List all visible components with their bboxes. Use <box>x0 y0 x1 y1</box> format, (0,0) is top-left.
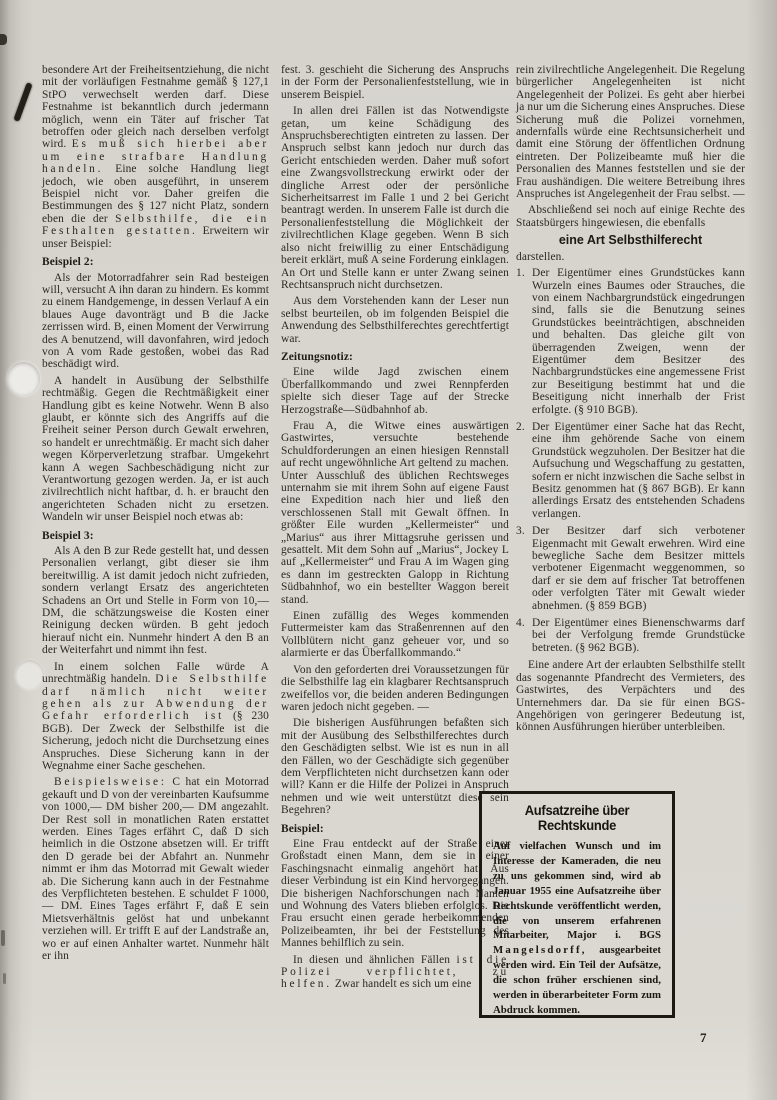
body-text: A handelt in Ausübung der Selbsthilfe re… <box>42 375 269 523</box>
paragraph: besondere Art der Freiheitsentziehung, d… <box>42 64 269 250</box>
paragraph: In allen drei Fällen ist das Notwendigst… <box>281 105 509 291</box>
announcement-box: Aufsatzreihe über Rechtskunde Auf vielfa… <box>479 791 675 1018</box>
announcement-body: Auf vielfachen Wunsch und im Interesse d… <box>493 839 661 1018</box>
announcement-title: Aufsatzreihe über Rechtskunde <box>496 803 657 833</box>
list-item-number: 1. <box>516 267 532 416</box>
paragraph: Frau A, die Witwe eines auswärtigen Gast… <box>281 420 509 606</box>
column-right: rein zivilrechtliche Angelegenheit. Die … <box>516 64 745 738</box>
body-text: darstellen. <box>516 251 564 263</box>
body-text: Zwar handelt es sich um eine <box>332 978 472 990</box>
emphasized-text: Beispielsweise: <box>54 776 167 788</box>
paragraph: Einen zufällig des Weges kommenden Futte… <box>281 610 509 660</box>
list-item: 1.Der Eigentümer eines Grundstückes kann… <box>516 267 745 416</box>
column-left: besondere Art der Freiheitsentziehung, d… <box>42 64 269 966</box>
body-text: In allen drei Fällen ist das Notwendigst… <box>281 105 509 291</box>
paragraph: Als A den B zur Rede gestellt hat, und d… <box>42 545 269 657</box>
paragraph-heading: Beispiel 2: <box>42 256 269 268</box>
ink-mark <box>13 82 32 122</box>
list-item: 2.Der Eigentümer einer Sache hat das Rec… <box>516 421 745 520</box>
emphasized-text: Mangelsdorff <box>493 944 582 956</box>
paragraph: Als der Motorradfahrer sein Rad besteige… <box>42 272 269 371</box>
body-text: Aus dem Vorstehenden kann der Leser nun … <box>281 295 509 344</box>
page-number: 7 <box>700 1030 707 1046</box>
paragraph: Eine wilde Jagd zwischen einem Überfallk… <box>281 366 509 416</box>
body-text: In diesen und ähnlichen Fällen <box>293 954 456 966</box>
paragraph: fest. 3. geschieht die Sicherung des Ans… <box>281 64 509 101</box>
body-text: Einen zufällig des Weges kommenden Futte… <box>281 610 509 659</box>
paragraph: Von den geforderten drei Voraussetzungen… <box>281 664 509 714</box>
body-text: Eine wilde Jagd zwischen einem Überfallk… <box>281 366 509 415</box>
paragraph: Auf vielfachen Wunsch und im Interesse d… <box>493 839 661 1018</box>
paragraph-heading: Beispiel: <box>281 823 509 835</box>
ink-speck <box>1 930 5 946</box>
body-text: fest. 3. geschieht die Sicherung des Ans… <box>281 64 509 101</box>
paragraph: A handelt in Ausübung der Selbsthilfe re… <box>42 375 269 524</box>
list-item-text: Der Eigentümer eines Grundstückes kann W… <box>532 267 745 416</box>
body-text: Als A den B zur Rede gestellt hat, und d… <box>42 545 269 656</box>
paragraph: In diesen und ähnlichen Fällen ist die P… <box>281 954 509 991</box>
list-item: 3.Der Besitzer darf sich verbotener Eige… <box>516 525 745 612</box>
list-item-number: 2. <box>516 421 532 520</box>
hole-punch <box>7 362 40 396</box>
body-text: Von den geforderten drei Voraussetzungen… <box>281 664 509 713</box>
body-text: C hat ein Motorrad gekauft und D von der… <box>42 776 269 962</box>
body-text: Der Eigentümer eines Bienenschwarms darf… <box>532 617 745 654</box>
body-text: Eine andere Art der erlaubten Selbsthilf… <box>516 659 745 733</box>
section-heading: eine Art Selbsthilferecht <box>516 234 745 246</box>
body-text: Der Eigentümer eines Grundstückes kann W… <box>532 267 745 415</box>
paragraph: Eine andere Art der erlaubten Selbsthilf… <box>516 659 745 733</box>
body-text: Als der Motorradfahrer sein Rad besteige… <box>42 272 269 371</box>
scanned-page: besondere Art der Freiheitsentziehung, d… <box>0 0 777 1100</box>
body-text: rein zivilrechtliche Angelegenheit. Die … <box>516 64 745 200</box>
list-item-number: 4. <box>516 617 532 654</box>
paragraph: Abschließend sei noch auf einige Rechte … <box>516 204 745 229</box>
list-item-number: 3. <box>516 525 532 612</box>
list-item: 4.Der Eigentümer eines Bienenschwarms da… <box>516 617 745 654</box>
paragraph-heading: Beispiel 3: <box>42 530 269 542</box>
ink-speck <box>0 34 7 45</box>
body-text: Abschließend sei noch auf einige Rechte … <box>516 204 745 228</box>
paragraph: Eine Frau entdeckt auf der Straße einer … <box>281 838 509 950</box>
list-item-text: Der Eigentümer einer Sache hat das Recht… <box>532 421 745 520</box>
body-text: Eine Frau entdeckt auf der Straße einer … <box>281 838 509 949</box>
paragraph: Aus dem Vorstehenden kann der Leser nun … <box>281 295 509 345</box>
paragraph-heading: Zeitungsnotiz: <box>281 351 509 363</box>
list-item-text: Der Besitzer darf sich verbotener Eigenm… <box>532 525 745 612</box>
body-text: Auf vielfachen Wunsch und im Interesse d… <box>493 840 661 941</box>
list-item-text: Der Eigentümer eines Bienenschwarms darf… <box>532 617 745 654</box>
body-text: Die bisherigen Ausführungen befaßten sic… <box>281 717 509 816</box>
paragraph: rein zivilrechtliche Angelegenheit. Die … <box>516 64 745 200</box>
column-middle: fest. 3. geschieht die Sicherung des Ans… <box>281 64 509 995</box>
body-text: Der Eigentümer einer Sache hat das Recht… <box>532 421 745 520</box>
paragraph: Beispielsweise: C hat ein Motorrad gekau… <box>42 776 269 962</box>
body-text: Der Besitzer darf sich verbotener Eigenm… <box>532 525 745 611</box>
ink-speck <box>3 973 6 984</box>
paragraph: In einem solchen Falle würde A unrechtmä… <box>42 661 269 773</box>
paragraph: darstellen. <box>516 251 745 263</box>
paragraph: Die bisherigen Ausführungen befaßten sic… <box>281 717 509 816</box>
body-text: Frau A, die Witwe eines auswärtigen Gast… <box>281 420 509 606</box>
hole-punch <box>15 660 44 690</box>
